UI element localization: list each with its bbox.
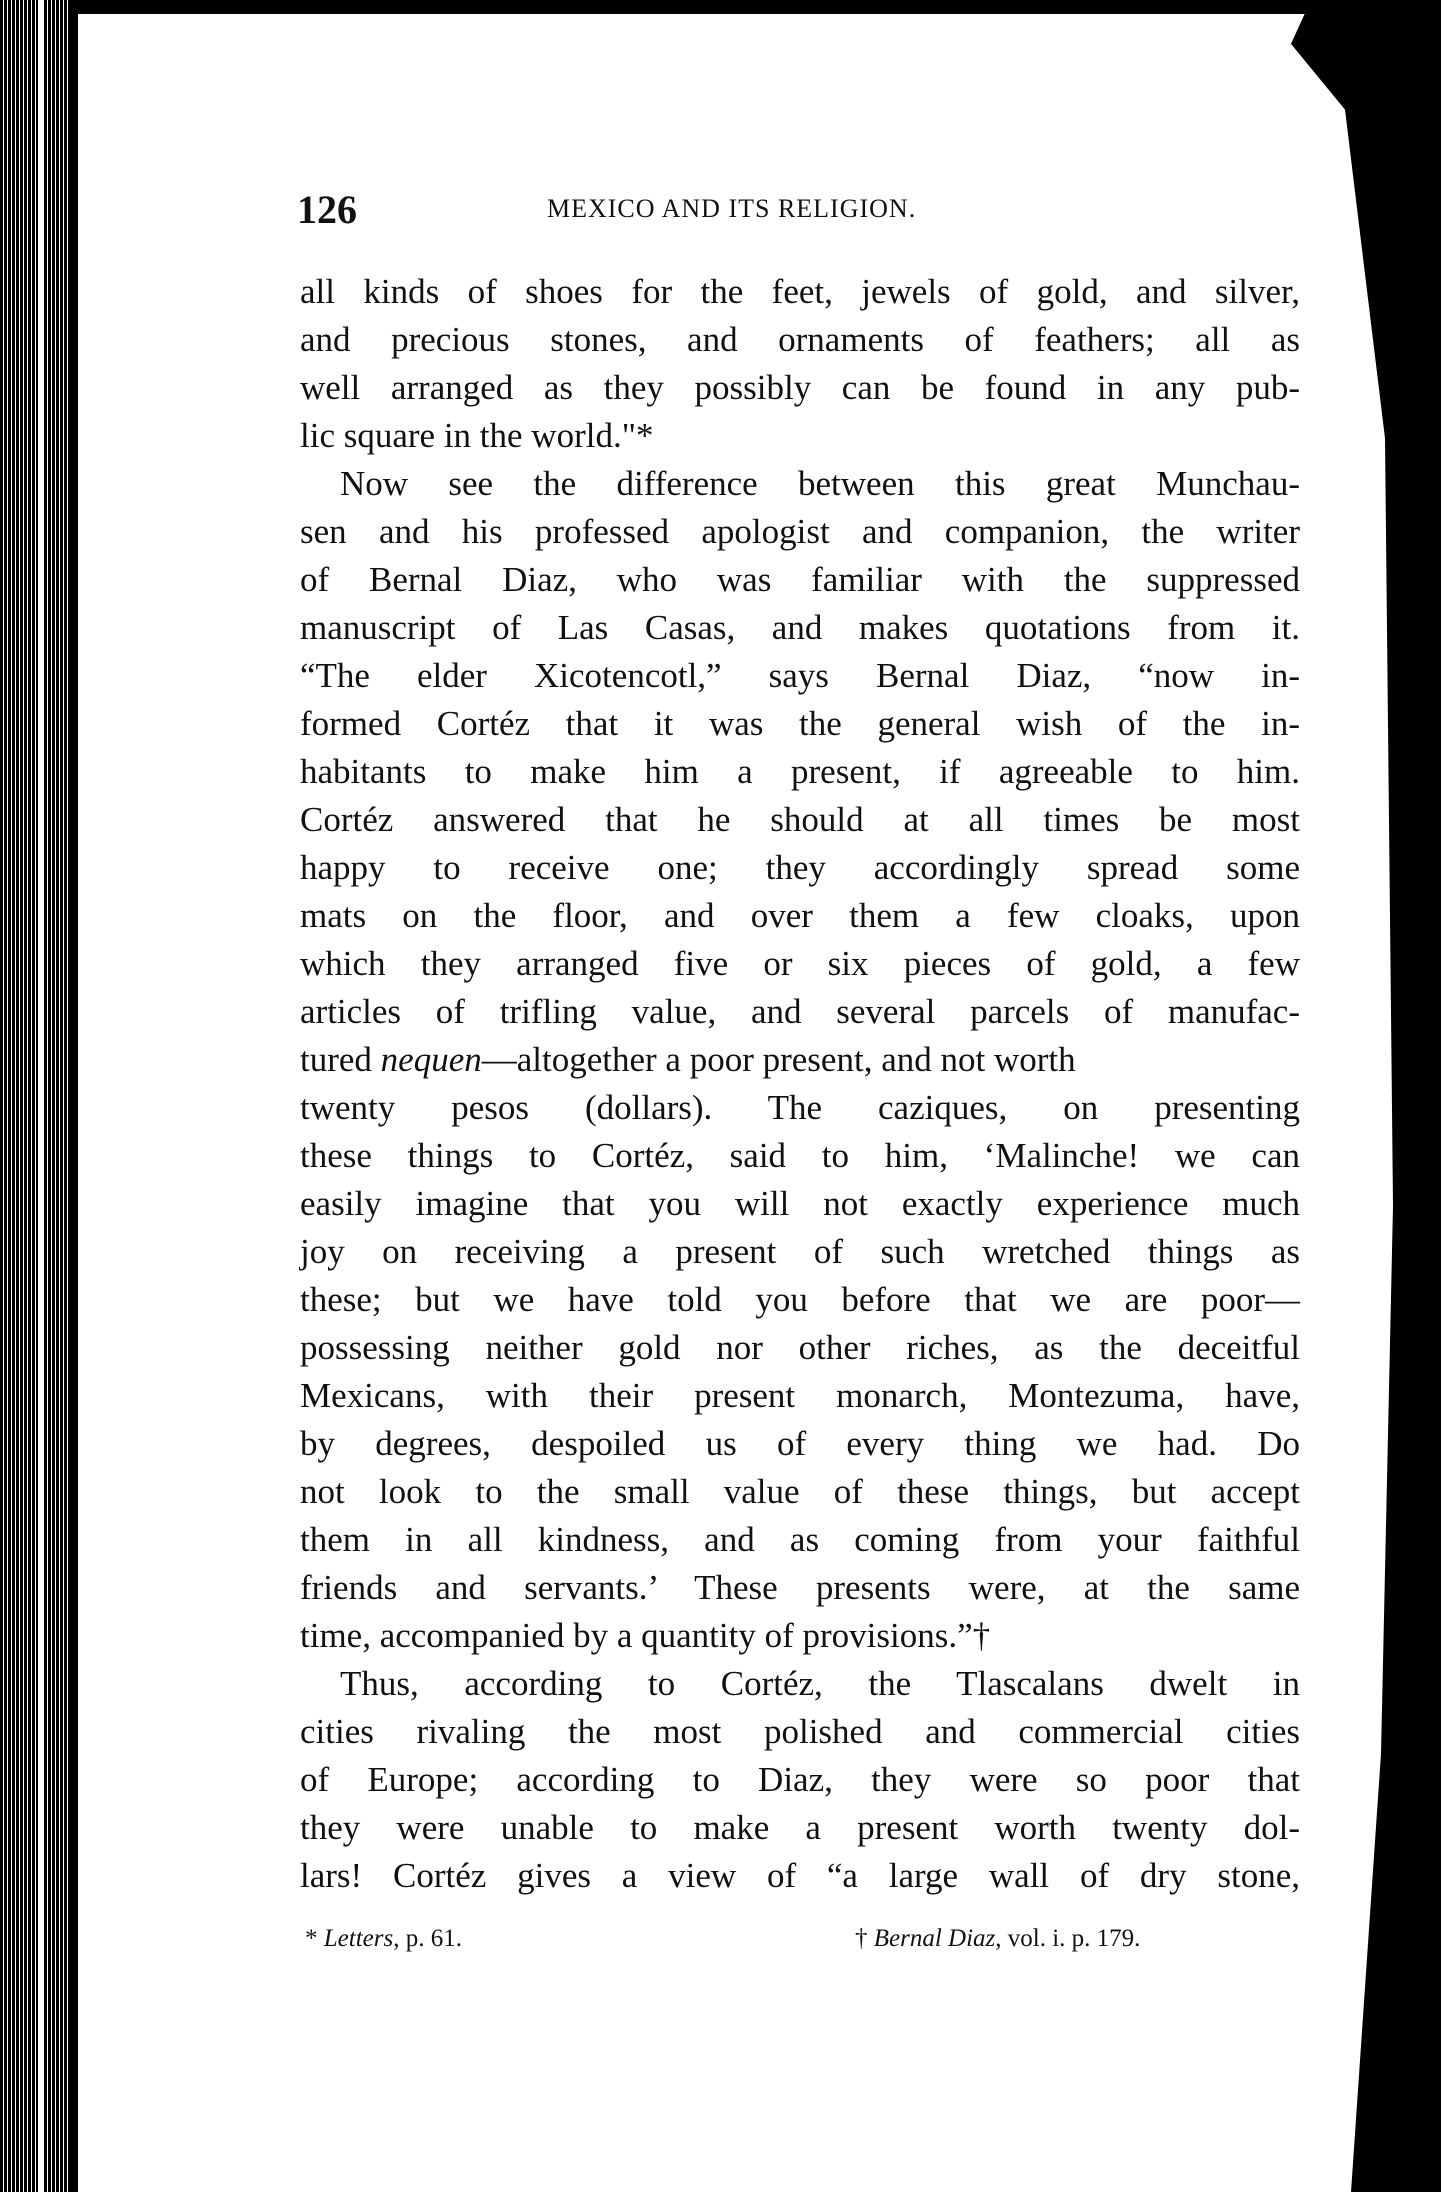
text-line: Mexicans, with their present monarch, Mo… <box>300 1372 1300 1420</box>
text-line: and precious stones, and ornaments of fe… <box>300 316 1300 364</box>
text-line: these things to Cortéz, said to him, ‘Ma… <box>300 1132 1300 1180</box>
text-line: formed Cortéz that it was the general wi… <box>300 700 1300 748</box>
binding-inner-edge <box>70 0 78 2192</box>
footnote-mark-asterisk: * <box>305 1925 318 1952</box>
text-fragment: —altogether a poor present, and not wort… <box>482 1040 1076 1079</box>
text-line: these; but we have told you before that … <box>300 1276 1300 1324</box>
text-line: all kinds of shoes for the feet, jewels … <box>300 268 1300 316</box>
text-line: mats on the floor, and over them a few c… <box>300 892 1300 940</box>
scan-top-border <box>0 0 1441 14</box>
paragraph-start-line: Thus, according to Cortéz, the Tlascalan… <box>300 1660 1300 1708</box>
text-line: articles of trifling value, and several … <box>300 988 1300 1036</box>
text-fragment: tured <box>300 1040 372 1079</box>
page-number: 126 <box>297 186 357 233</box>
text-line: joy on receiving a present of such wretc… <box>300 1228 1300 1276</box>
text-line: Cortéz answered that he should at all ti… <box>300 796 1300 844</box>
text-line: of Europe; according to Diaz, they were … <box>300 1756 1300 1804</box>
footnote-mark-dagger: † <box>855 1925 868 1952</box>
text-line: time, accompanied by a quantity of provi… <box>300 1612 1300 1660</box>
footnote-ref: , p. 61. <box>393 1925 462 1952</box>
text-line: them in all kindness, and as coming from… <box>300 1516 1300 1564</box>
page-header: 126 MEXICO AND ITS RELIGION. <box>297 180 1297 230</box>
binding-gap <box>38 0 43 2192</box>
paragraph-start-line: Now see the difference between this grea… <box>300 460 1300 508</box>
footnote-title: Letters <box>324 1925 393 1952</box>
footnote-ref: , vol. i. p. 179. <box>995 1925 1140 1952</box>
text-line: cities rivaling the most polished and co… <box>300 1708 1300 1756</box>
text-line: friends and servants.’ These presents we… <box>300 1564 1300 1612</box>
footnote-1: * Letters, p. 61. <box>305 1925 462 1953</box>
text-line: of Bernal Diaz, who was familiar with th… <box>300 556 1300 604</box>
italic-term: nequen <box>381 1040 482 1079</box>
footnotes: * Letters, p. 61. † Bernal Diaz, vol. i.… <box>305 1925 1285 1965</box>
text-line: by degrees, despoiled us of every thing … <box>300 1420 1300 1468</box>
body-text: all kinds of shoes for the feet, jewels … <box>300 268 1300 1900</box>
text-line: lic square in the world."* <box>300 412 1300 460</box>
text-line: manuscript of Las Casas, and makes quota… <box>300 604 1300 652</box>
text-line: sen and his professed apologist and comp… <box>300 508 1300 556</box>
text-line: habitants to make him a present, if agre… <box>300 748 1300 796</box>
text-line-italic: tured nequen—altogether a poor present, … <box>300 1036 1300 1084</box>
text-line: “The elder Xicotencotl,” says Bernal Dia… <box>300 652 1300 700</box>
text-line: lars! Cortéz gives a view of “a large wa… <box>300 1852 1300 1900</box>
text-line: possessing neither gold nor other riches… <box>300 1324 1300 1372</box>
running-head: MEXICO AND ITS RELIGION. <box>547 194 916 224</box>
footnote-2: † Bernal Diaz, vol. i. p. 179. <box>855 1925 1140 1953</box>
text-line: easily imagine that you will not exactly… <box>300 1180 1300 1228</box>
text-line: twenty pesos (dollars). The caziques, on… <box>300 1084 1300 1132</box>
text-line: well arranged as they possibly can be fo… <box>300 364 1300 412</box>
text-line: happy to receive one; they accordingly s… <box>300 844 1300 892</box>
footnote-title: Bernal Diaz <box>874 1925 996 1952</box>
text-line: they were unable to make a present worth… <box>300 1804 1300 1852</box>
text-line: which they arranged five or six pieces o… <box>300 940 1300 988</box>
text-line: not look to the small value of these thi… <box>300 1468 1300 1516</box>
